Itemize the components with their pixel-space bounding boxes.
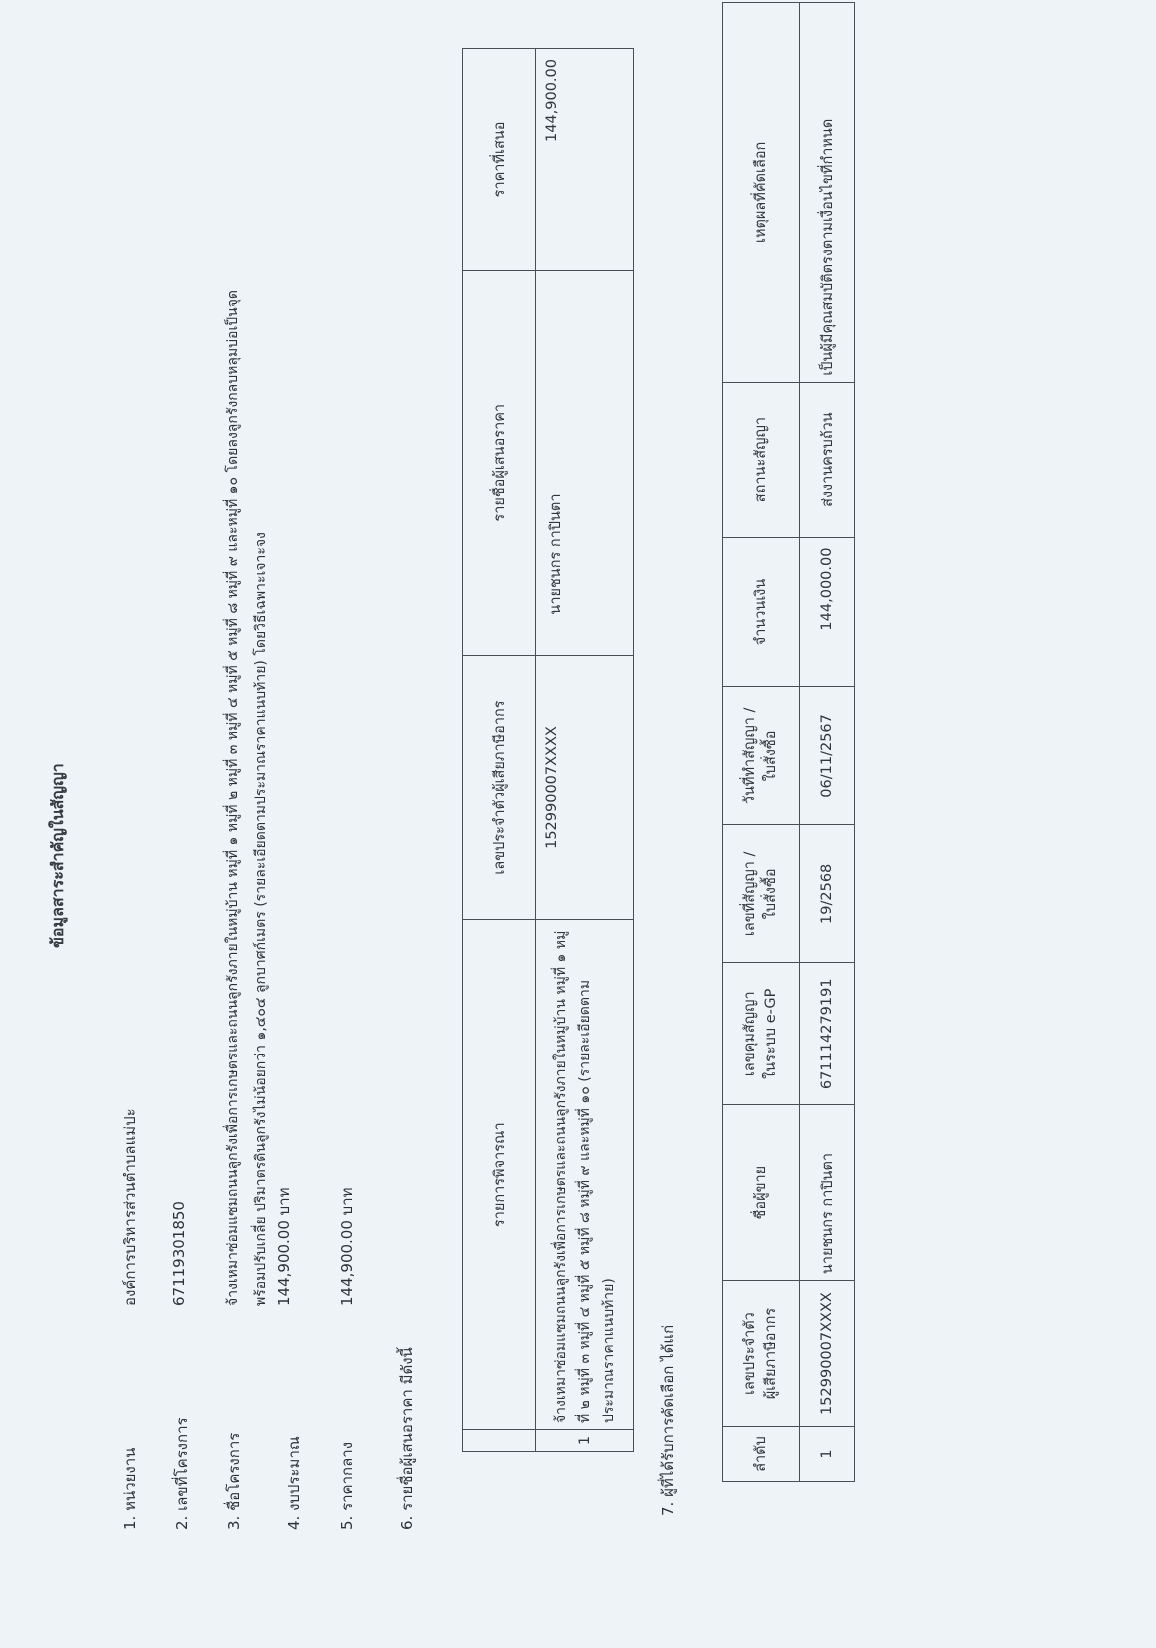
cell-amount: 144,000.00 <box>800 537 855 687</box>
cell-status: ส่งงานครบถ้วน <box>800 382 855 537</box>
cell-bidder-name: นายชนกร กาปินตา <box>536 270 634 655</box>
field-value-project-name-line2: พร้อมปรับเกลี่ย ปริมาตรดินลูกรังไม่น้อยก… <box>250 532 272 1306</box>
header-bidder-name: รายชื่อผู้เสนอราคา <box>463 270 536 655</box>
header-contract-no: เลขที่สัญญา /ใบสั่งซื้อ <box>723 825 800 963</box>
winner-header-row: ลำดับ เลขประจำตัวผู้เสียภาษีอากร ชื่อผู้… <box>723 3 800 1482</box>
header-order: ลำดับ <box>723 1427 800 1482</box>
field-label-project-name: 3. ชื่อโครงการ <box>222 1433 246 1530</box>
header-amount: จำนวนเงิน <box>723 537 800 687</box>
section6-label: 6. รายชื่อผู้เสนอราคา มีดังนี้ <box>395 1347 419 1530</box>
field-value-project-no: 67119301850 <box>170 1201 188 1306</box>
document-title: ข้อมูลสาระสำคัญในสัญญา <box>46 763 71 948</box>
cell-reason: เป็นผู้มีคุณสมบัติตรงตามเงื่อนไขที่กำหนด <box>800 3 855 383</box>
table-row: 1 152990007XXXX นายชนกร กาปินตา 67111427… <box>800 3 855 1482</box>
header-price: ราคาที่เสนอ <box>463 49 536 271</box>
header-vendor: ชื่อผู้ขาย <box>723 1105 800 1281</box>
field-label-budget: 4. งบประมาณ <box>282 1436 306 1530</box>
cell-item: จ้างเหมาซ่อมแซมถนนลูกรังเพื่อการเกษตรและ… <box>536 920 634 1430</box>
field-label-project-no: 2. เลขที่โครงการ <box>170 1417 194 1530</box>
field-value-project-name: จ้างเหมาซ่อมแซมถนนลูกรังเพื่อการเกษตรและ… <box>222 290 244 1306</box>
document-page: ข้อมูลสาระสำคัญในสัญญา 1. หน่วยงาน องค์ก… <box>0 0 1156 1648</box>
cell-tax-id: 152990007XXXX <box>800 1281 855 1427</box>
header-status: สถานะสัญญา <box>723 382 800 537</box>
winner-table: ลำดับ เลขประจำตัวผู้เสียภาษีอากร ชื่อผู้… <box>722 2 855 1482</box>
bidders-table: รายการพิจารณา เลขประจำตัวผู้เสียภาษีอากร… <box>462 48 634 1452</box>
header-item: รายการพิจารณา <box>463 920 536 1430</box>
header-contract-date: วันที่ทำสัญญา /ใบสั่งซื้อ <box>723 687 800 825</box>
item-line-3: ประมาณราคาแนบท้าย) <box>597 926 621 1423</box>
cell-contract-date: 06/11/2567 <box>800 687 855 825</box>
field-label-median-price: 5. ราคากลาง <box>335 1442 359 1530</box>
header-reason: เหตุผลที่คัดเลือก <box>723 3 800 383</box>
cell-price: 144,900.00 <box>536 49 634 271</box>
header-egp-no: เลขคุมสัญญาในระบบ e-GP <box>723 963 800 1105</box>
item-line-1: จ้างเหมาซ่อมแซมถนนลูกรังเพื่อการเกษตรและ… <box>549 926 573 1423</box>
cell-vendor: นายชนกร กาปินตา <box>800 1105 855 1281</box>
section7-label: 7. ผู้ที่ได้รับการคัดเลือก ได้แก่ <box>656 1325 680 1516</box>
field-value-agency: องค์การบริหารส่วนตำบลแม่ปะ <box>118 1108 142 1306</box>
field-value-budget: 144,900.00 บาท <box>272 1188 296 1306</box>
cell-contract-no: 19/2568 <box>800 825 855 963</box>
table-row: 1 จ้างเหมาซ่อมแซมถนนลูกรังเพื่อการเกษตรแ… <box>536 49 634 1452</box>
cell-no: 1 <box>536 1430 634 1452</box>
header-tax-id: เลขประจำตัวผู้เสียภาษีอากร <box>723 1281 800 1427</box>
field-value-median-price: 144,900.00 บาท <box>335 1188 359 1306</box>
bidders-header-row: รายการพิจารณา เลขประจำตัวผู้เสียภาษีอากร… <box>463 49 536 1452</box>
cell-order: 1 <box>800 1427 855 1482</box>
header-no <box>463 1430 536 1452</box>
cell-egp-no: 671114279191 <box>800 963 855 1105</box>
field-label-agency: 1. หน่วยงาน <box>118 1448 142 1530</box>
header-tax-id: เลขประจำตัวผู้เสียภาษีอากร <box>463 655 536 920</box>
cell-tax-id: 152990007XXXX <box>536 655 634 920</box>
item-line-2: ที่ ๒ หมู่ที่ ๓ หมู่ที่ ๔ หมู่ที่ ๕ หมู่… <box>573 926 597 1423</box>
